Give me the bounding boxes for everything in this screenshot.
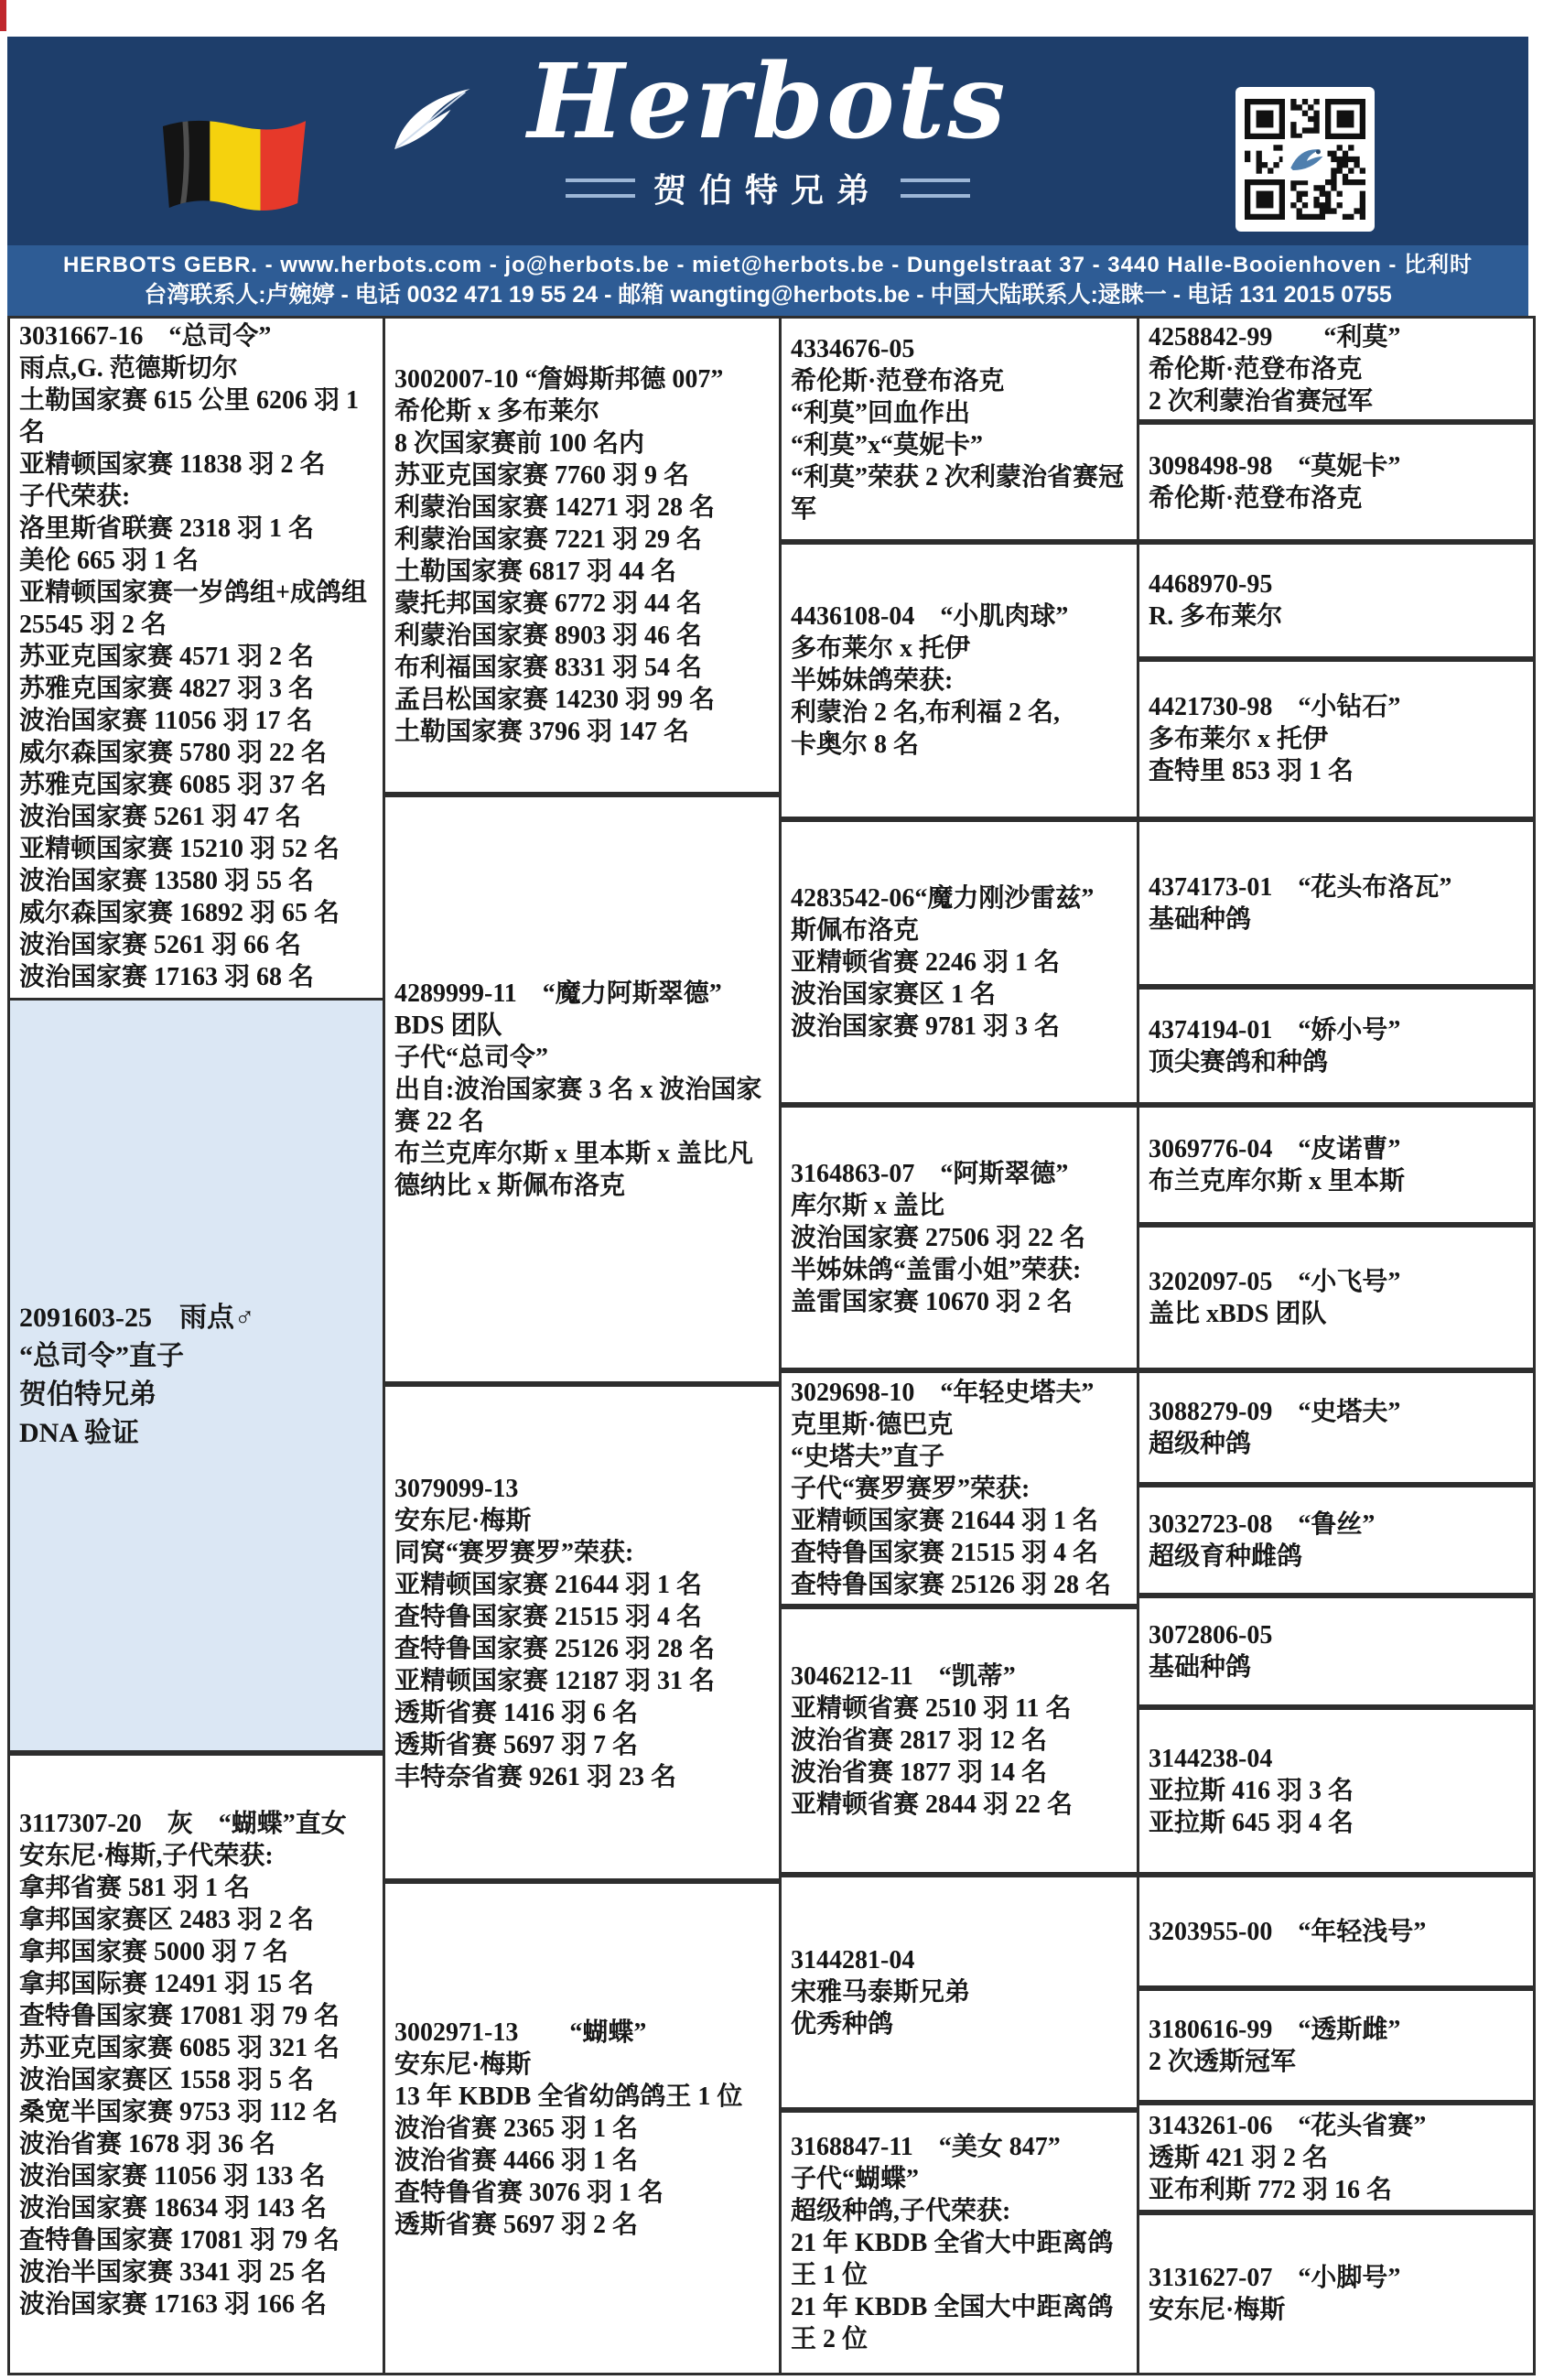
- gggp-cell-14: 3180616-99 “透斯雌”2 次透斯冠军: [1139, 1991, 1533, 2100]
- gggp-cell-11: 3072806-05基础种鸽: [1139, 1598, 1533, 1704]
- contact-strip: HERBOTS GEBR. - www.herbots.com - jo@her…: [7, 245, 1528, 316]
- ggp-cell-1: 4334676-05希伦斯·范登布洛克“利莫”回血作出“利莫”x“莫妮卡”“利莫…: [782, 319, 1137, 539]
- gggp-cell-1: 4258842-99 “利莫”希伦斯·范登布洛克2 次利蒙治省赛冠军: [1139, 319, 1533, 419]
- contact-line-1: HERBOTS GEBR. - www.herbots.com - jo@her…: [7, 245, 1528, 279]
- gggp-cell-4: 4421730-98 “小钻石”多布莱尔 x 托伊查特里 853 羽 1 名: [1139, 662, 1533, 817]
- gggp-cell-8: 3202097-05 “小飞号”盖比 xBDS 团队: [1139, 1228, 1533, 1368]
- dam-cell: 3117307-20 灰 “蝴蝶”直女安东尼·梅斯,子代荣获:拿邦省赛 581 …: [10, 1756, 383, 2373]
- dove-icon: [1282, 138, 1327, 181]
- gp-cell-1: 3002007-10 “詹姆斯邦德 007”希伦斯 x 多布莱尔8 次国家赛前 …: [385, 319, 779, 792]
- gggp-cell-7: 3069776-04 “皮诺曹”布兰克库尔斯 x 里本斯: [1139, 1108, 1533, 1222]
- brand-chinese: 贺伯特兄弟: [653, 165, 882, 211]
- qr-code: [1235, 87, 1375, 232]
- gggp-cell-12: 3144238-04亚拉斯 416 羽 3 名亚拉斯 645 羽 4 名: [1139, 1710, 1533, 1872]
- decorative-line-left: [566, 178, 635, 198]
- gp-cell-2: 4289999-11 “魔力阿斯翠德”BDS 团队子代“总司令”出自:波治国家赛…: [385, 797, 779, 1381]
- gggp-cell-10: 3032723-08 “鲁丝”超级育种雌鸽: [1139, 1487, 1533, 1593]
- contact-line-2: 台湾联系人:卢婉婷 - 电话 0032 471 19 55 24 - 邮箱 wa…: [7, 279, 1528, 310]
- ggp-cell-7: 3144281-04宋雅马泰斯兄弟优秀种鸽: [782, 1877, 1137, 2107]
- brand-script: Herbots: [420, 48, 1116, 157]
- gp-cell-3: 3079099-13安东尼·梅斯同窝“赛罗赛罗”荣获:亚精顿国家赛 21644 …: [385, 1387, 779, 1878]
- ggp-cell-3: 4283542-06“魔力刚沙雷兹”斯佩布洛克亚精顿省赛 2246 羽 1 名波…: [782, 822, 1137, 1102]
- ggp-cell-4: 3164863-07 “阿斯翠德”库尔斯 x 盖比波治国家赛 27506 羽 2…: [782, 1108, 1137, 1368]
- gggp-cell-9: 3088279-09 “史塔夫”超级种鸽: [1139, 1373, 1533, 1482]
- scan-artifact: [0, 0, 6, 31]
- gp-cell-4: 3002971-13 “蝴蝶”安东尼·梅斯13 年 KBDB 全省幼鸽鸽王 1 …: [385, 1884, 779, 2373]
- gggp-cell-6: 4374194-01 “娇小号”顶尖赛鸽和种鸽: [1139, 990, 1533, 1102]
- masthead: Herbots 贺伯特兄弟: [7, 37, 1528, 245]
- gggp-cell-15: 3143261-06 “花头省赛”透斯 421 羽 2 名亚布利斯 772 羽 …: [1139, 2105, 1533, 2210]
- herbots-logo: Herbots 贺伯特兄弟: [420, 48, 1116, 211]
- decorative-line-right: [901, 178, 970, 198]
- ggp-cell-5: 3029698-10 “年轻史塔夫”克里斯·德巴克“史塔夫”直子子代“赛罗赛罗”…: [782, 1373, 1137, 1604]
- pedigree-page: Herbots 贺伯特兄弟: [0, 0, 1543, 2380]
- gggp-cell-3: 4468970-95R. 多布莱尔: [1139, 545, 1533, 656]
- ggp-cell-8: 3168847-11 “美女 847”子代“蝴蝶”超级种鸽,子代荣获:21 年 …: [782, 2113, 1137, 2373]
- brand-subtitle-row: 贺伯特兄弟: [420, 165, 1116, 211]
- ggp-cell-6: 3046212-11 “凯蒂”亚精顿省赛 2510 羽 11 名波治省赛 281…: [782, 1609, 1137, 1872]
- gggp-cell-13: 3203955-00 “年轻浅号”: [1139, 1877, 1533, 1985]
- pedigree-table: 3031667-16 “总司令”雨点,G. 范德斯切尔土勒国家赛 615 公里 …: [7, 316, 1536, 2375]
- sire-cell: 3031667-16 “总司令”雨点,G. 范德斯切尔土勒国家赛 615 公里 …: [10, 319, 383, 998]
- ggp-cell-2: 4436108-04 “小肌肉球”多布莱尔 x 托伊半姊妹鸽荣获:利蒙治 2 名…: [782, 545, 1137, 817]
- gggp-cell-16: 3131627-07 “小脚号”安东尼·梅斯: [1139, 2215, 1533, 2373]
- belgian-flag-icon: [157, 112, 311, 224]
- gggp-cell-5: 4374173-01 “花头布洛瓦”基础种鸽: [1139, 822, 1533, 984]
- subject-cell: 2091603-25 雨点♂“总司令”直子贺伯特兄弟DNA 验证: [10, 1001, 383, 1750]
- gggp-cell-2: 3098498-98 “莫妮卡”希伦斯·范登布洛克: [1139, 425, 1533, 539]
